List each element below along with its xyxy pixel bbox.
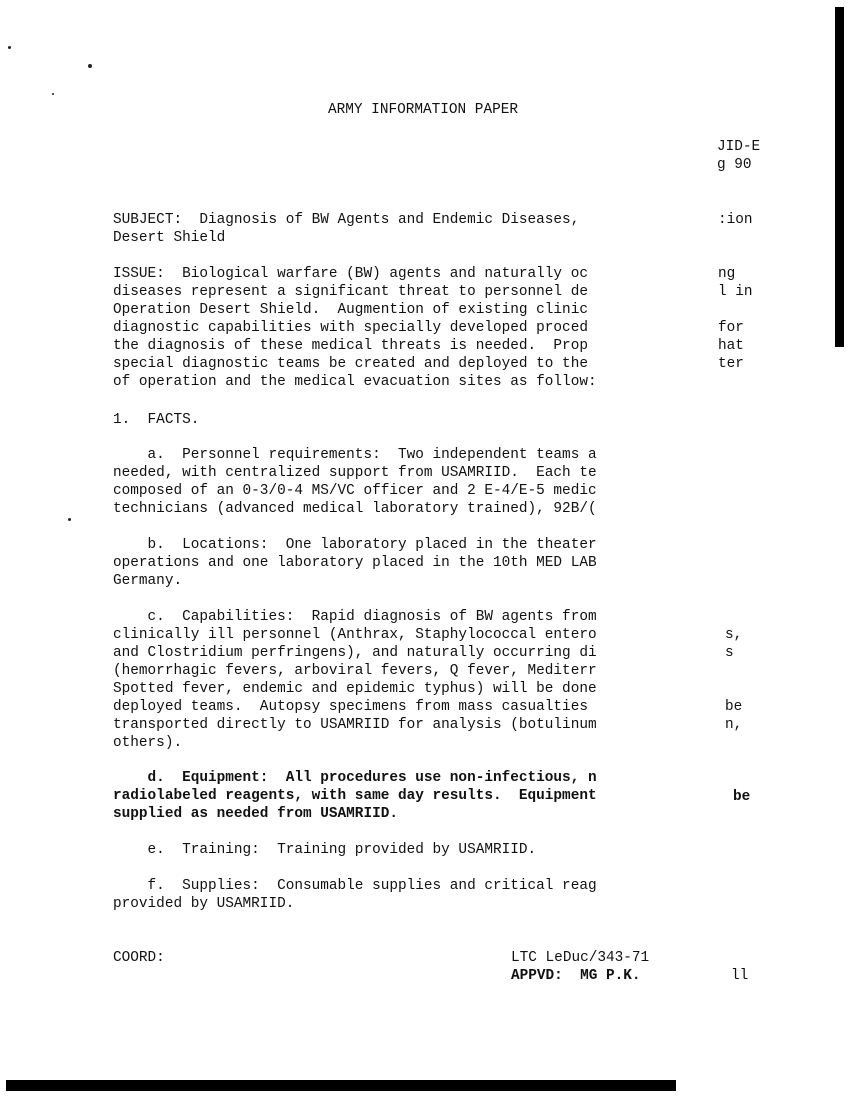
equipment-right-fragment: be <box>733 788 750 806</box>
issue-line: diagnostic capabilities with specially d… <box>113 319 588 337</box>
capabilities-right-fragment: s, <box>725 626 742 644</box>
scan-speck <box>88 64 92 68</box>
fact-line: e. Training: Training provided by USAMRI… <box>113 841 536 859</box>
fact-line: provided by USAMRIID. <box>113 895 294 913</box>
approved-line: APPVD: MG P.K. <box>511 967 641 985</box>
issue-line: diseases represent a significant threat … <box>113 283 588 301</box>
fact-line: (hemorrhagic fevers, arboviral fevers, Q… <box>113 662 597 680</box>
capabilities-right-fragment: s <box>725 644 734 662</box>
fact-line: Germany. <box>113 572 182 590</box>
subject-line: Desert Shield <box>113 229 225 247</box>
document-page: ARMY INFORMATION PAPER JID-E g 90 SUBJEC… <box>0 0 850 1097</box>
issue-line: of operation and the medical evacuation … <box>113 373 597 391</box>
office-symbol-fragment: JID-E <box>717 138 760 156</box>
issue-right-fragment: ng <box>718 265 735 283</box>
fact-line: operations and one laboratory placed in … <box>113 554 597 572</box>
issue-right-fragment: hat <box>718 337 744 355</box>
issue-line: the diagnosis of these medical threats i… <box>113 337 588 355</box>
fact-line: deployed teams. Autopsy specimens from m… <box>113 698 588 716</box>
fact-line: a. Personnel requirements: Two independe… <box>113 446 597 464</box>
fact-line: needed, with centralized support from US… <box>113 464 597 482</box>
scan-speck <box>68 518 71 521</box>
document-title: ARMY INFORMATION PAPER <box>328 101 518 119</box>
scan-edge-bar-bottom <box>6 1080 676 1091</box>
issue-right-fragment: for <box>718 319 744 337</box>
capabilities-right-fragment: n, <box>725 716 742 734</box>
fact-line: c. Capabilities: Rapid diagnosis of BW a… <box>113 608 597 626</box>
issue-right-fragment: l in <box>718 283 753 301</box>
fact-line: radiolabeled reagents, with same day res… <box>113 787 597 805</box>
coord-label: COORD: <box>113 949 165 967</box>
fact-line: f. Supplies: Consumable supplies and cri… <box>113 877 597 895</box>
fact-line: transported directly to USAMRIID for ana… <box>113 716 597 734</box>
fact-line: and Clostridium perfringens), and natura… <box>113 644 597 662</box>
scan-edge-bar-right <box>835 7 844 347</box>
fact-line: supplied as needed from USAMRIID. <box>113 805 398 823</box>
fact-line: d. Equipment: All procedures use non-inf… <box>113 769 597 787</box>
facts-heading: 1. FACTS. <box>113 411 199 429</box>
fact-line: technicians (advanced medical laboratory… <box>113 500 597 518</box>
issue-line: ISSUE: Biological warfare (BW) agents an… <box>113 265 588 283</box>
issue-right-fragment: ter <box>718 355 744 373</box>
date-fragment: g 90 <box>717 156 752 174</box>
fact-line: b. Locations: One laboratory placed in t… <box>113 536 597 554</box>
scan-speck <box>8 46 11 49</box>
fact-line: clinically ill personnel (Anthrax, Staph… <box>113 626 597 644</box>
capabilities-right-fragment: be <box>725 698 742 716</box>
scan-speck <box>52 93 54 95</box>
issue-line: Operation Desert Shield. Augmention of e… <box>113 301 588 319</box>
approved-fragment: ll <box>731 967 748 985</box>
subject-line: SUBJECT: Diagnosis of BW Agents and Ende… <box>113 211 579 229</box>
fact-line: composed of an 0-3/0-4 MS/VC officer and… <box>113 482 597 500</box>
issue-line: special diagnostic teams be created and … <box>113 355 588 373</box>
subject-right-fragment: :ion <box>718 211 753 229</box>
fact-line: others). <box>113 734 182 752</box>
author-line: LTC LeDuc/343-71 <box>511 949 649 967</box>
fact-line: Spotted fever, endemic and epidemic typh… <box>113 680 597 698</box>
